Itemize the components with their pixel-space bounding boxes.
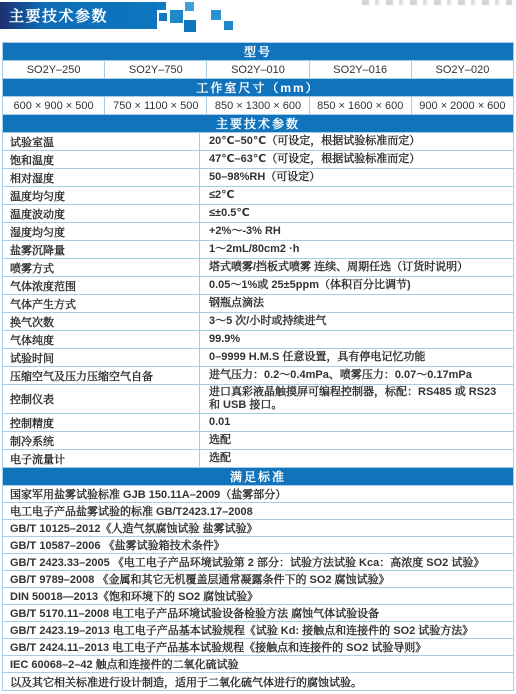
param-label: 换气次数 — [3, 313, 199, 330]
model-cell: SO2Y–020 — [411, 61, 513, 78]
param-label: 湿度均匀度 — [3, 223, 199, 240]
standard-row: IEC 60068–2–42 触点和连接件的二氧化硫试验 — [3, 656, 513, 673]
param-value: 选配 — [199, 432, 513, 449]
dimension-cell: 900 × 2000 × 600 — [411, 97, 513, 114]
dimensions-row: 600 × 900 × 500 750 × 1100 × 500 850 × 1… — [3, 97, 513, 115]
param-row: 压缩空气及压力压缩空气自备 进气压力：0.2～0.4mPa、喷雾压力：0.07～… — [3, 367, 513, 385]
param-label: 饱和温度 — [3, 151, 199, 168]
param-label: 电子流量计 — [3, 450, 199, 467]
param-row: 温度均匀度 ≤2℃ — [3, 187, 513, 205]
param-row: 气体浓度范围 0.05～1%或 25±5ppm（体积百分比调节) — [3, 277, 513, 295]
param-value: 0.05～1%或 25±5ppm（体积百分比调节) — [199, 277, 513, 294]
param-label: 相对湿度 — [3, 169, 199, 186]
dimension-cell: 850 × 1600 × 600 — [309, 97, 411, 114]
param-label: 气体纯度 — [3, 331, 199, 348]
section-header-standards: 满足标准 — [3, 468, 513, 486]
param-row: 喷雾方式 塔式喷雾/挡板式喷雾 连续、周期任选（订货时说明） — [3, 259, 513, 277]
banner-square-decoration — [170, 10, 183, 23]
param-row: 控制仪表 进口真彩液晶触摸屏可编程控制器，标配：RS485 或 RS23 和 U… — [3, 385, 513, 414]
param-label: 喷雾方式 — [3, 259, 199, 276]
param-value: 99.9% — [199, 331, 513, 348]
cropped-text-remnant — [362, 0, 512, 5]
section-header-model: 型号 — [3, 43, 513, 61]
param-row: 控制精度 0.01 — [3, 414, 513, 432]
param-label: 控制精度 — [3, 414, 199, 431]
param-value: 20℃–50℃（可设定，根据试验标准而定） — [199, 133, 513, 150]
standard-row: 国家军用盐雾试验标准 GJB 150.11A–2009（盐雾部分） — [3, 486, 513, 503]
standard-row: GB/T 5170.11–2008 电工电子产品环境试验设备检验方法 腐蚀气体试… — [3, 605, 513, 622]
param-value: 塔式喷雾/挡板式喷雾 连续、周期任选（订货时说明） — [199, 259, 513, 276]
standard-row: DIN 50018—2013《饱和环境下的 SO2 腐蚀试验》 — [3, 588, 513, 605]
param-value: 进气压力：0.2～0.4mPa、喷雾压力：0.07～0.17mPa — [199, 367, 513, 384]
model-cell: SO2Y–016 — [309, 61, 411, 78]
dimension-cell: 600 × 900 × 500 — [3, 97, 104, 114]
standard-row: GB/T 2423.33–2005 《电工电子产品环境试验第 2 部分：试验方法… — [3, 554, 513, 571]
param-label: 试验室温 — [3, 133, 199, 150]
param-value: 1～2mL/80cm2 ·h — [199, 241, 513, 258]
param-label: 控制仪表 — [3, 385, 199, 413]
param-label: 温度均匀度 — [3, 187, 199, 204]
banner-square-decoration — [224, 21, 233, 30]
param-label: 制冷系统 — [3, 432, 199, 449]
param-row: 试验室温 20℃–50℃（可设定，根据试验标准而定） — [3, 133, 513, 151]
standard-row: 电工电子产品盐雾试验的标准 GB/T2423.17–2008 — [3, 503, 513, 520]
param-value: 0.01 — [199, 414, 513, 431]
spec-table: 型号 SO2Y–250 SO2Y–750 SO2Y–010 SO2Y–016 S… — [2, 42, 514, 691]
model-row: SO2Y–250 SO2Y–750 SO2Y–010 SO2Y–016 SO2Y… — [3, 61, 513, 79]
param-row: 电子流量计 选配 — [3, 450, 513, 468]
param-label: 压缩空气及压力压缩空气自备 — [3, 367, 199, 384]
section-header-params: 主要技术参数 — [3, 115, 513, 133]
param-value: 进口真彩液晶触摸屏可编程控制器，标配：RS485 或 RS23 和 USB 接口… — [199, 385, 513, 413]
param-label: 试验时间 — [3, 349, 199, 366]
param-row: 湿度均匀度 +2%～-3% RH — [3, 223, 513, 241]
page-header: 主要技术参数 — [0, 0, 516, 42]
model-cell: SO2Y–250 — [3, 61, 104, 78]
param-row: 制冷系统 选配 — [3, 432, 513, 450]
param-row: 温度波动度 ≤±0.5℃ — [3, 205, 513, 223]
param-row: 盐雾沉降量 1～2mL/80cm2 ·h — [3, 241, 513, 259]
param-value: 47℃–63℃（可设定，根据试验标准而定） — [199, 151, 513, 168]
section-title-banner: 主要技术参数 — [0, 2, 157, 29]
standard-row: GB/T 2423.19–2013 电工电子产品基本试验规程《试验 Kd: 接触… — [3, 622, 513, 639]
param-label: 气体浓度范围 — [3, 277, 199, 294]
standard-row: 以及其它相关标准进行设计制造，适用于二氧化硫气体进行的腐蚀试验。 — [3, 673, 513, 690]
param-value: 50–98%RH（可设定） — [199, 169, 513, 186]
banner-square-decoration — [211, 10, 221, 20]
param-row: 气体产生方式 钢瓶点滴法 — [3, 295, 513, 313]
param-value: 0–9999 H.M.S 任意设置，具有停电记忆功能 — [199, 349, 513, 366]
banner-notch-decoration — [159, 13, 167, 21]
standard-row: GB/T 2424.11–2013 电工电子产品基本试验规程《接触点和连接件的 … — [3, 639, 513, 656]
section-header-dimensions: 工作室尺寸（mm） — [3, 79, 513, 97]
banner-step-decoration — [157, 2, 166, 10]
param-value: 3～5 次/小时或持续进气 — [199, 313, 513, 330]
param-row: 气体纯度 99.9% — [3, 331, 513, 349]
param-label: 温度波动度 — [3, 205, 199, 222]
standard-row: GB/T 9789–2008 《金属和其它无机覆盖层通常凝露条件下的 SO2 腐… — [3, 571, 513, 588]
banner-square-decoration — [184, 20, 196, 32]
param-value: ≤±0.5℃ — [199, 205, 513, 222]
param-value: +2%～-3% RH — [199, 223, 513, 240]
param-value: 选配 — [199, 450, 513, 467]
banner-square-decoration — [185, 2, 194, 11]
param-row: 试验时间 0–9999 H.M.S 任意设置，具有停电记忆功能 — [3, 349, 513, 367]
dimension-cell: 850 × 1300 × 600 — [206, 97, 308, 114]
param-value: ≤2℃ — [199, 187, 513, 204]
param-label: 气体产生方式 — [3, 295, 199, 312]
param-value: 钢瓶点滴法 — [199, 295, 513, 312]
dimension-cell: 750 × 1100 × 500 — [104, 97, 206, 114]
standard-row: GB/T 10587–2006 《盐雾试验箱技术条件》 — [3, 537, 513, 554]
model-cell: SO2Y–750 — [104, 61, 206, 78]
standard-row: GB/T 10125–2012《人造气氛腐蚀试验 盐雾试验》 — [3, 520, 513, 537]
param-label: 盐雾沉降量 — [3, 241, 199, 258]
model-cell: SO2Y–010 — [206, 61, 308, 78]
param-row: 换气次数 3～5 次/小时或持续进气 — [3, 313, 513, 331]
param-row: 相对湿度 50–98%RH（可设定） — [3, 169, 513, 187]
param-row: 饱和温度 47℃–63℃（可设定，根据试验标准而定） — [3, 151, 513, 169]
page-title: 主要技术参数 — [0, 5, 108, 26]
